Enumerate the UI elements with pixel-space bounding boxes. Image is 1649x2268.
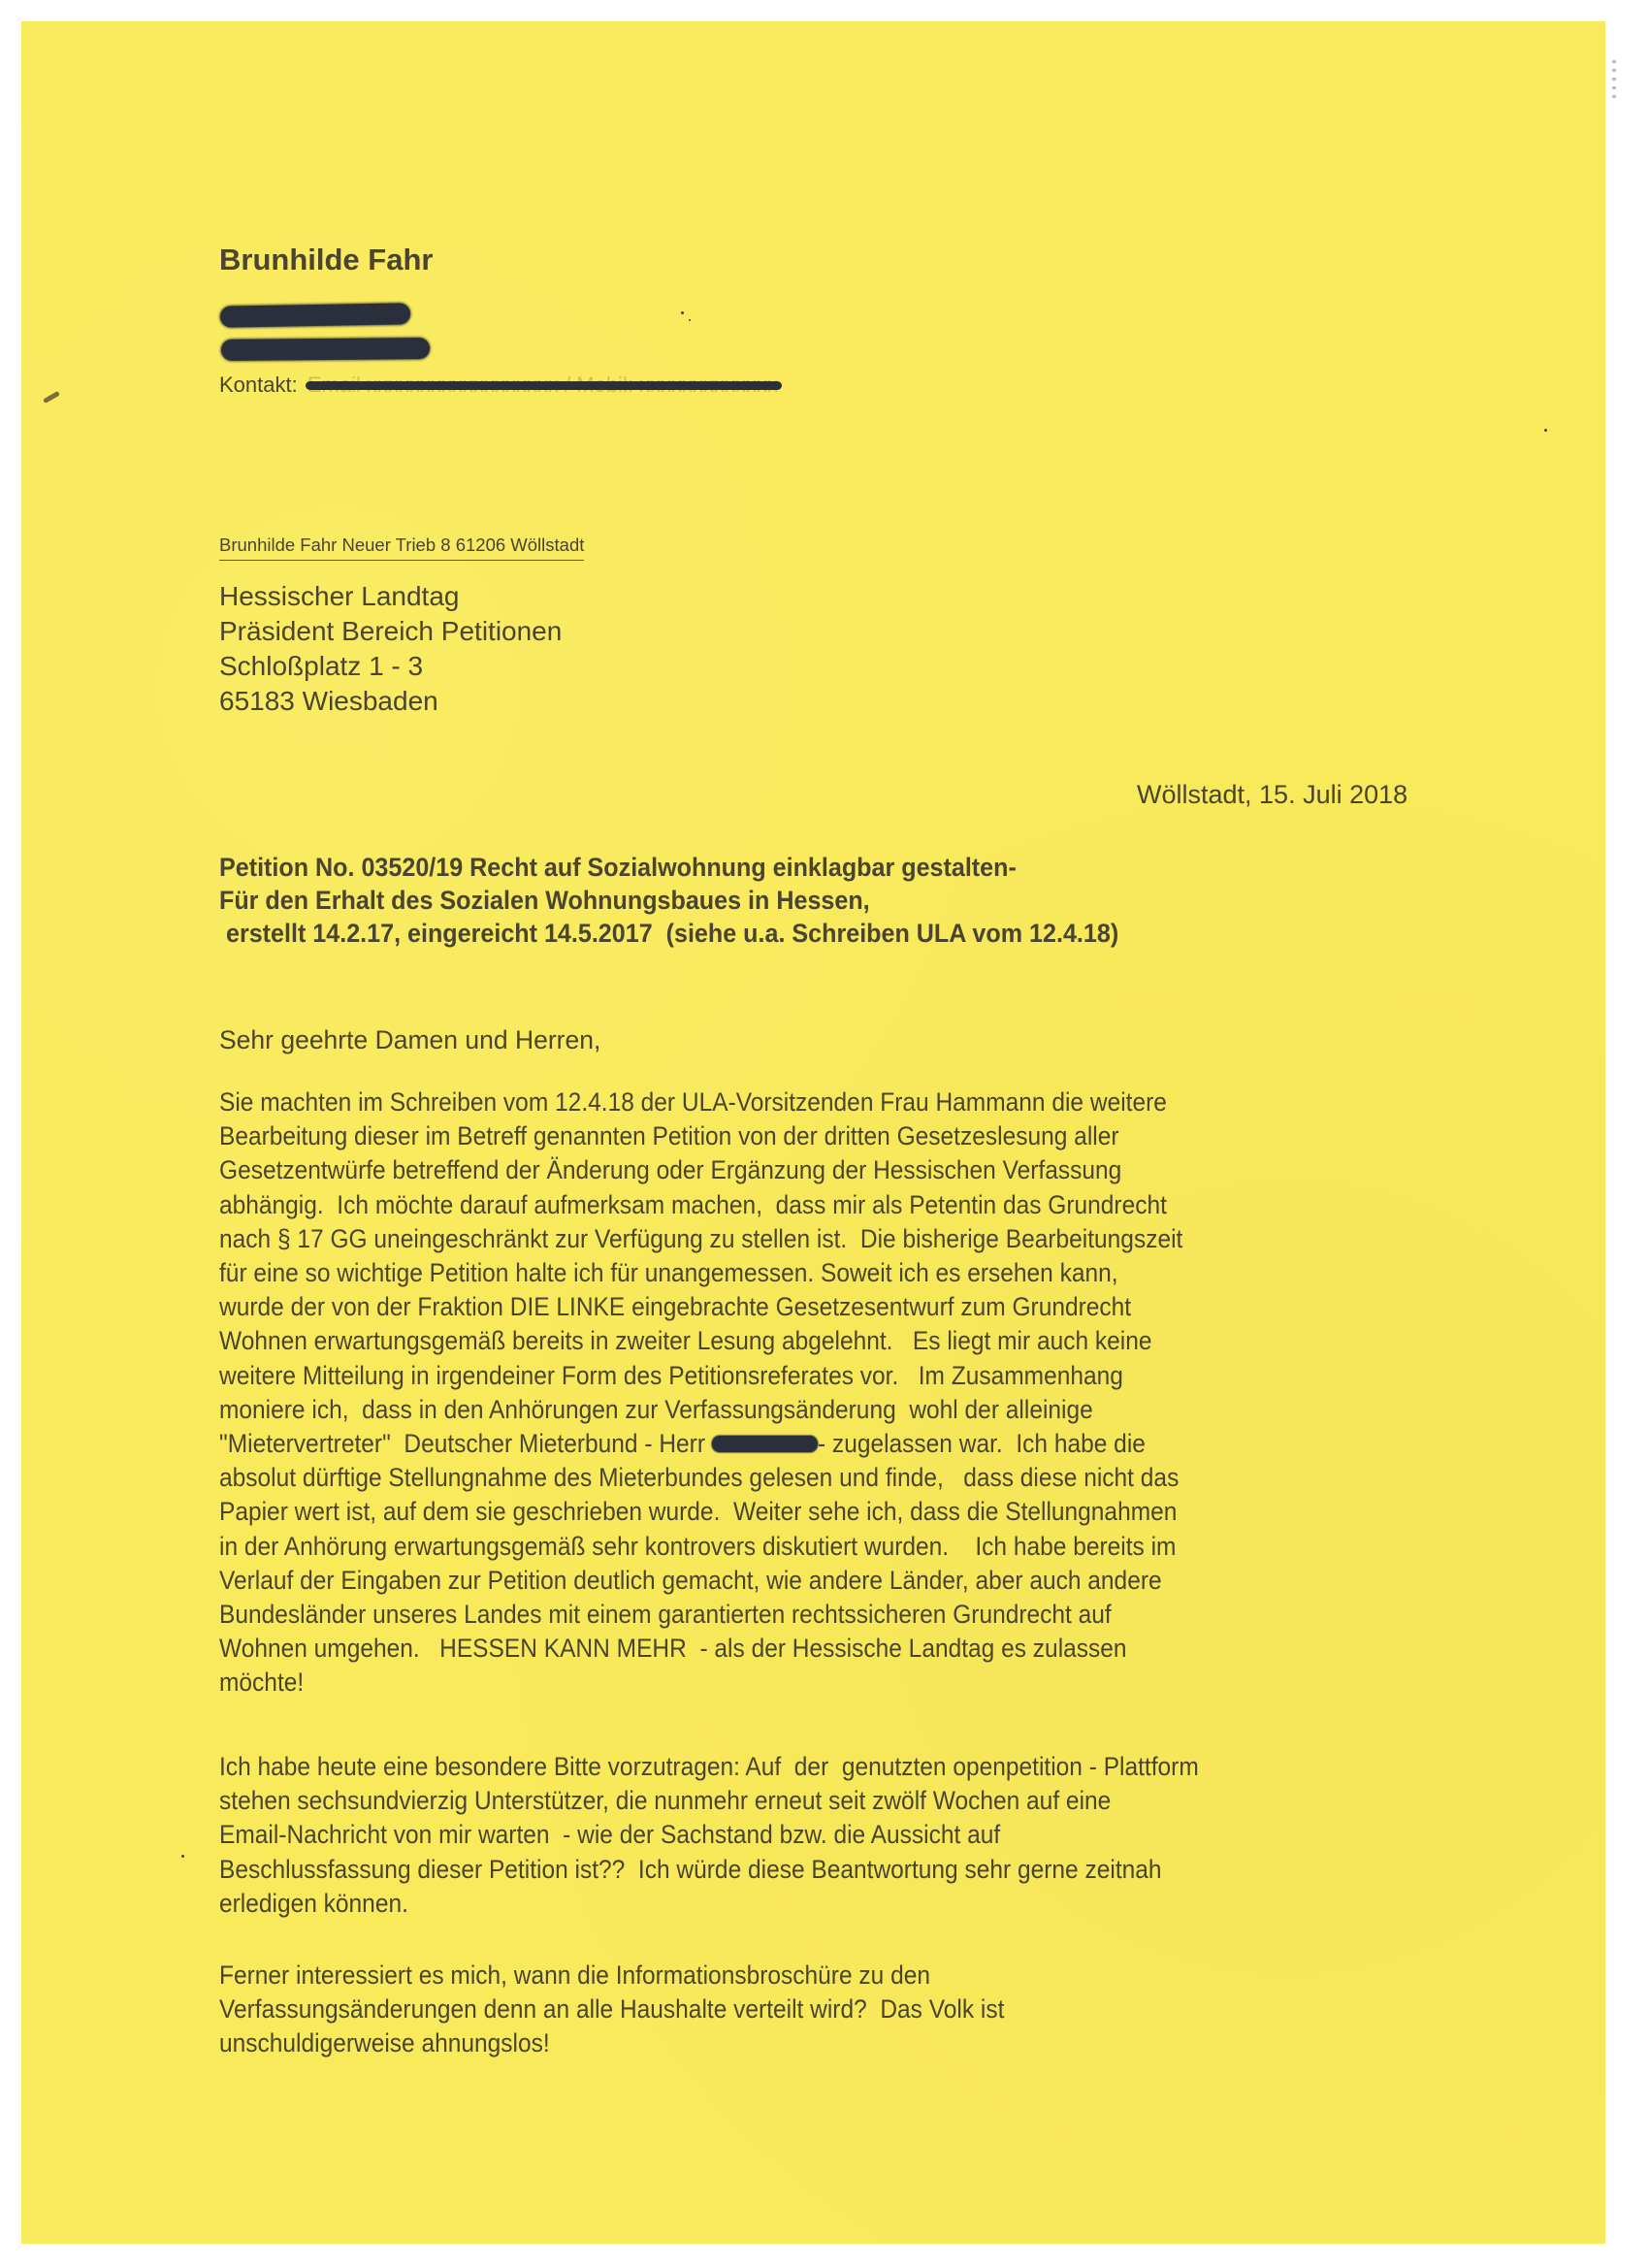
subject-line: Für den Erhalt des Sozialen Wohnungsbaue… <box>219 884 1118 917</box>
body-line: Ferner interessiert es mich, wann die In… <box>219 1959 1004 1993</box>
scan-edge-marks <box>1612 60 1616 99</box>
body-line: erledigen können. <box>219 1887 1199 1921</box>
body-text: - zugelassen war. Ich habe die <box>818 1429 1146 1458</box>
return-address-line: Brunhilde Fahr Neuer Trieb 8 61206 Wölls… <box>219 535 584 561</box>
body-line: Gesetzentwürfe betreffend der Änderung o… <box>219 1153 1182 1187</box>
body-text: "Mietervertreter" Deutscher Mieterbund -… <box>219 1429 712 1458</box>
subject-line: Petition No. 03520/19 Recht auf Sozialwo… <box>219 851 1118 884</box>
scan-speck <box>1544 429 1547 432</box>
body-line: Papier wert ist, auf dem sie geschrieben… <box>219 1495 1182 1529</box>
recipient-line: 65183 Wiesbaden <box>219 684 562 719</box>
letter-date: Wöllstadt, 15. Juli 2018 <box>1137 780 1407 810</box>
body-paragraph-2: Ich habe heute eine besondere Bitte vorz… <box>219 1750 1199 1921</box>
contact-label: Kontakt: <box>219 373 298 397</box>
recipient-line: Präsident Bereich Petitionen <box>219 614 562 649</box>
body-line: unschuldigerweise ahnungslos! <box>219 2026 1004 2060</box>
subject-block: Petition No. 03520/19 Recht auf Sozialwo… <box>219 851 1118 950</box>
body-line: Sie machten im Schreiben vom 12.4.18 der… <box>219 1085 1182 1119</box>
redacted-person-name <box>712 1436 818 1452</box>
body-line: nach § 17 GG uneingeschränkt zur Verfügu… <box>219 1222 1182 1256</box>
body-line: moniere ich, dass in den Anhörungen zur … <box>219 1393 1182 1427</box>
body-line: stehen sechsundvierzig Unterstützer, die… <box>219 1784 1199 1818</box>
body-line-with-redaction: "Mietervertreter" Deutscher Mieterbund -… <box>219 1427 1182 1461</box>
body-line: möchte! <box>219 1666 1182 1700</box>
scan-blemish <box>43 391 60 404</box>
recipient-address: Hessischer Landtag Präsident Bereich Pet… <box>219 579 562 719</box>
scan-speck <box>689 319 691 321</box>
salutation: Sehr geehrte Damen und Herren, <box>219 1025 600 1055</box>
body-line: Email-Nachricht von mir warten - wie der… <box>219 1818 1199 1852</box>
sender-contact: Kontakt: Email xxxxxxxxxxxxxxxxxx / Mobi… <box>219 373 778 398</box>
scan-speck <box>681 311 684 314</box>
body-paragraph-1: Sie machten im Schreiben vom 12.4.18 der… <box>219 1085 1182 1701</box>
body-paragraph-3: Ferner interessiert es mich, wann die In… <box>219 1959 1004 2061</box>
body-line: absolut dürftige Stellungnahme des Miete… <box>219 1461 1182 1495</box>
recipient-line: Schloßplatz 1 - 3 <box>219 649 562 684</box>
letter-page: Brunhilde Fahr Kontakt: Email xxxxxxxxxx… <box>21 21 1605 2244</box>
body-line: Beschlussfassung dieser Petition ist?? I… <box>219 1853 1199 1887</box>
subject-line: erstellt 14.2.17, eingereicht 14.5.2017 … <box>219 917 1118 950</box>
redacted-sender-city <box>221 338 430 361</box>
scan-speck <box>181 1855 184 1858</box>
redacted-sender-street <box>220 303 410 327</box>
body-line: Verlauf der Eingaben zur Petition deutli… <box>219 1564 1182 1598</box>
body-line: Bundesländer unseres Landes mit einem ga… <box>219 1598 1182 1632</box>
body-line: Wohnen umgehen. HESSEN KANN MEHR - als d… <box>219 1632 1182 1666</box>
body-line: abhängig. Ich möchte darauf aufmerksam m… <box>219 1188 1182 1222</box>
body-line: in der Anhörung erwartungsgemäß sehr kon… <box>219 1530 1182 1564</box>
body-line: Verfassungsänderungen denn an alle Haush… <box>219 1993 1004 2026</box>
body-line: Bearbeitung dieser im Betreff genannten … <box>219 1119 1182 1153</box>
body-line: Wohnen erwartungsgemäß bereits in zweite… <box>219 1324 1182 1358</box>
recipient-line: Hessischer Landtag <box>219 579 562 614</box>
body-line: wurde der von der Fraktion DIE LINKE ein… <box>219 1290 1182 1324</box>
body-line: Ich habe heute eine besondere Bitte vorz… <box>219 1750 1199 1784</box>
body-line: weitere Mitteilung in irgendeiner Form d… <box>219 1359 1182 1393</box>
sender-name: Brunhilde Fahr <box>219 243 433 277</box>
redacted-contact-details: Email xxxxxxxxxxxxxxxxxx / Mobil: xxxxxx… <box>307 373 778 398</box>
body-line: für eine so wichtige Petition halte ich … <box>219 1256 1182 1290</box>
